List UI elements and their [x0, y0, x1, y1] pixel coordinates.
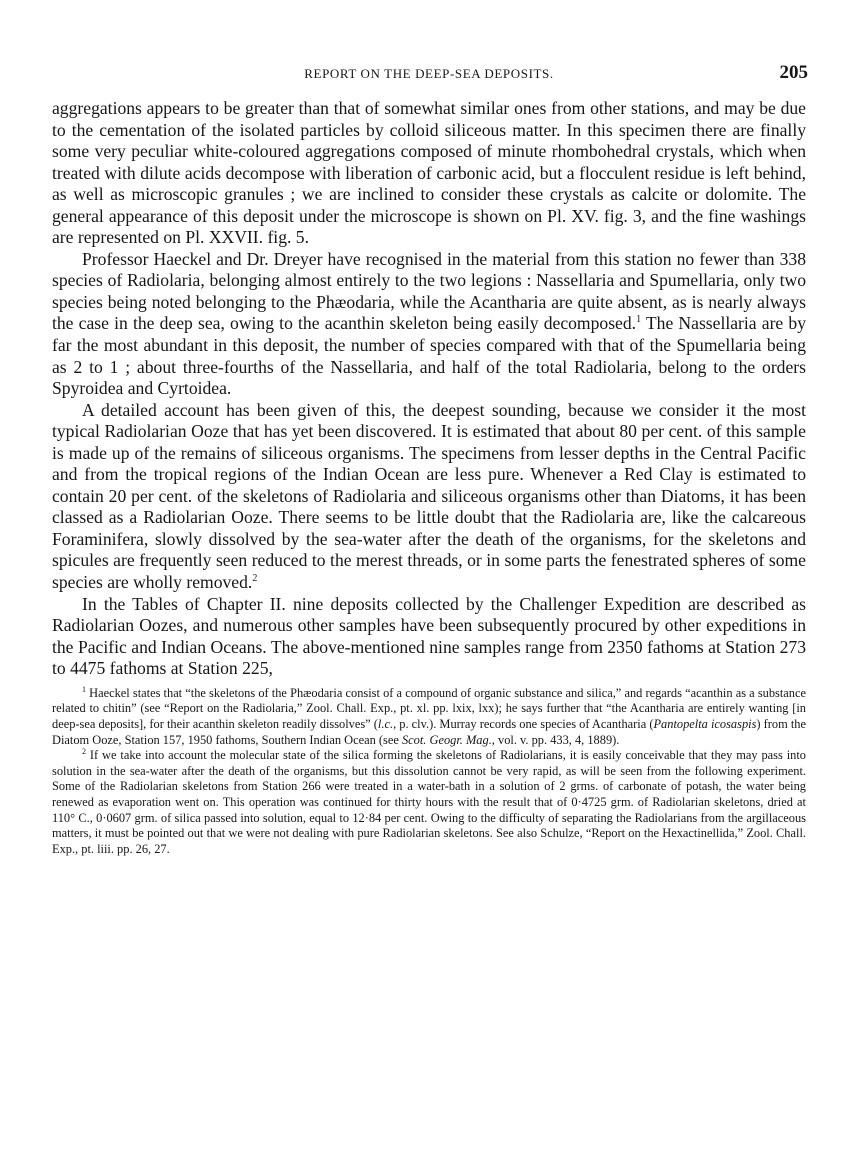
- paragraph: Professor Haeckel and Dr. Dreyer have re…: [52, 249, 806, 400]
- footnote-italic: Scot. Geogr. Mag.: [402, 733, 492, 747]
- footnote-text: , p. clv.). Murray records one species o…: [393, 717, 653, 731]
- paragraph: In the Tables of Chapter II. nine deposi…: [52, 594, 806, 680]
- paragraph-text: aggregations appears to be greater than …: [52, 98, 806, 247]
- footnote-text: , vol. v. pp. 433, 4, 1889).: [492, 733, 620, 747]
- page-number: 205: [780, 62, 809, 84]
- paragraph-continued: aggregations appears to be greater than …: [52, 98, 806, 249]
- footnotes: 1 Haeckel states that “the skeletons of …: [52, 686, 806, 858]
- body-text: aggregations appears to be greater than …: [52, 98, 806, 680]
- footnote-italic: l.c.: [378, 717, 393, 731]
- footnote-text: If we take into account the molecular st…: [52, 748, 806, 856]
- footnote-2: 2 If we take into account the molecular …: [52, 748, 806, 857]
- running-title: REPORT ON THE DEEP-SEA DEPOSITS.: [52, 66, 806, 82]
- document-page: REPORT ON THE DEEP-SEA DEPOSITS. 205 agg…: [52, 62, 806, 857]
- footnote-reference: 2: [252, 573, 257, 584]
- paragraph: A detailed account has been given of thi…: [52, 400, 806, 594]
- paragraph-text: In the Tables of Chapter II. nine deposi…: [52, 594, 806, 679]
- footnote-italic: Pantopelta icosaspis: [653, 717, 756, 731]
- running-header: REPORT ON THE DEEP-SEA DEPOSITS. 205: [52, 62, 806, 86]
- footnote-1: 1 Haeckel states that “the skeletons of …: [52, 686, 806, 748]
- paragraph-text: A detailed account has been given of thi…: [52, 400, 806, 592]
